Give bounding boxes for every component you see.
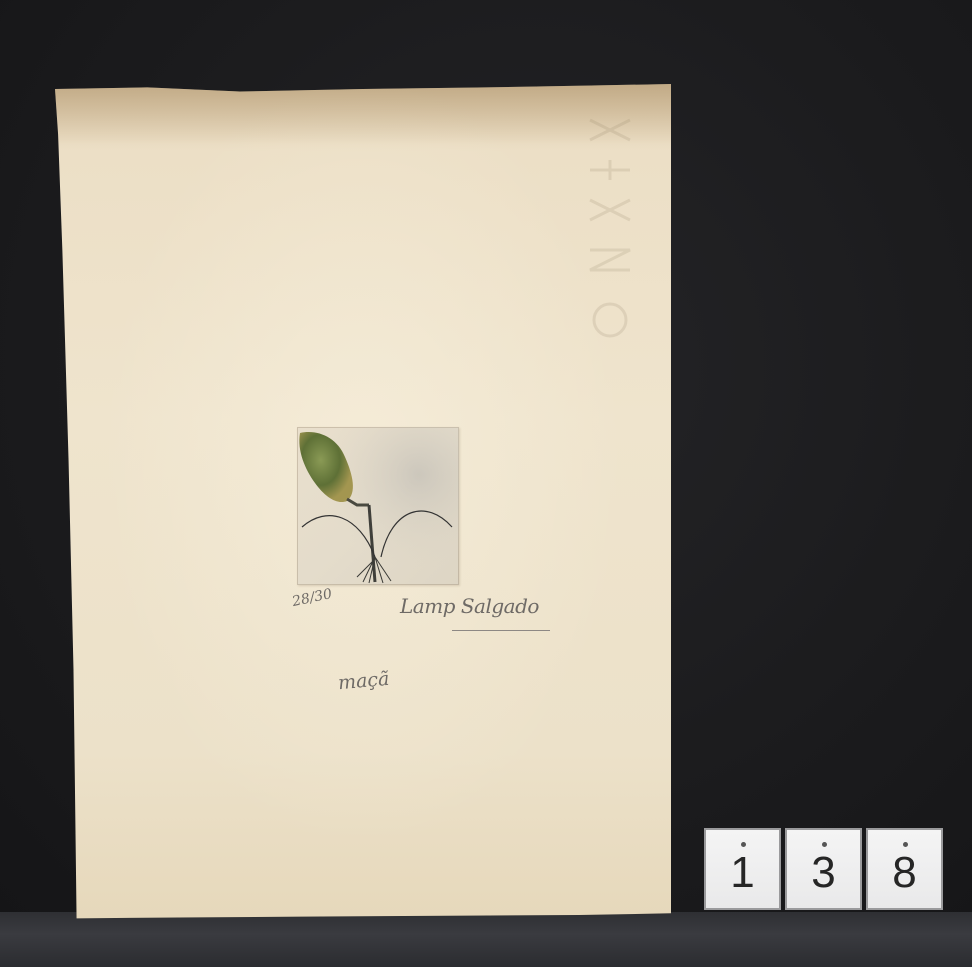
tag-hole — [822, 842, 827, 847]
tag-hole — [741, 842, 746, 847]
artwork-title: maçã — [337, 668, 390, 694]
lot-tag: 1 — [704, 828, 781, 910]
artist-signature: Lamp Salgado — [400, 594, 539, 618]
lot-digit: 8 — [892, 848, 916, 898]
lot-digit: 3 — [811, 848, 835, 898]
display-shelf — [0, 912, 972, 967]
lot-digit: 1 — [730, 848, 754, 898]
lot-tag: 8 — [866, 828, 943, 910]
tag-hole — [903, 842, 908, 847]
lot-number-tags: 1 3 8 — [704, 828, 943, 910]
signature-underline — [452, 630, 550, 631]
etching-plate — [297, 427, 459, 585]
lot-tag: 3 — [785, 828, 862, 910]
paper-curl-shadow — [55, 84, 671, 144]
etching-artwork — [297, 427, 459, 585]
